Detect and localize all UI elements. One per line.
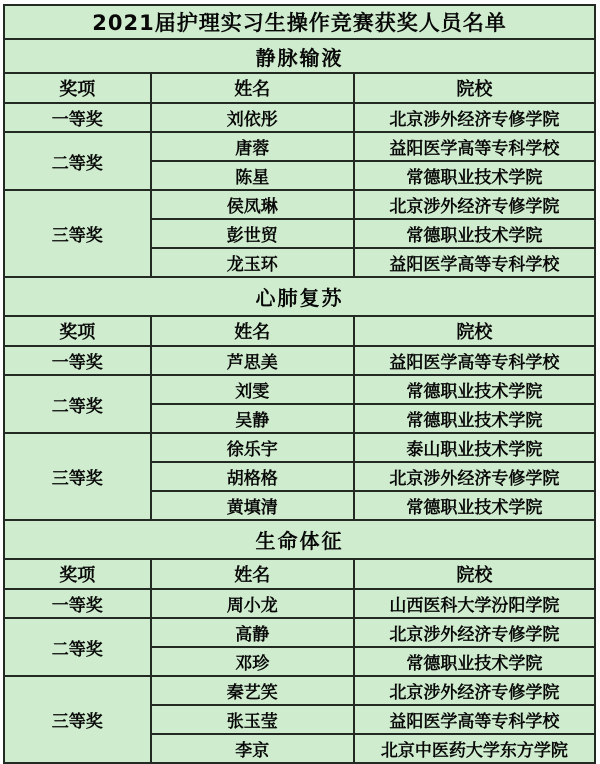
table-row: 一等奖 芦思美 益阳医学高等专科学校 — [4, 346, 595, 375]
column-header-name: 姓名 — [151, 559, 354, 589]
name-cell: 胡格格 — [151, 462, 354, 491]
section-title: 生命体征 — [4, 520, 595, 559]
award-cell: 二等奖 — [4, 132, 151, 190]
table-row: 二等奖 刘雯 常德职业技术学院 — [4, 375, 595, 404]
name-cell: 陈星 — [151, 161, 354, 190]
name-cell: 龙玉环 — [151, 248, 354, 277]
school-cell: 北京涉外经济专修学院 — [354, 676, 595, 705]
column-header-row: 奖项 姓名 院校 — [4, 559, 595, 589]
column-header-row: 奖项 姓名 院校 — [4, 73, 595, 103]
column-header-award: 奖项 — [4, 73, 151, 103]
name-cell: 高静 — [151, 618, 354, 647]
school-cell: 常德职业技术学院 — [354, 375, 595, 404]
award-cell: 三等奖 — [4, 433, 151, 520]
school-cell: 益阳医学高等专科学校 — [354, 248, 595, 277]
award-cell: 三等奖 — [4, 676, 151, 763]
name-cell: 芦思美 — [151, 346, 354, 375]
page: 2021届护理实习生操作竞赛获奖人员名单 静脉输液 奖项 姓名 院校 一等奖 刘… — [0, 0, 600, 701]
table-row: 三等奖 徐乐宇 泰山职业技术学院 — [4, 433, 595, 462]
column-header-name: 姓名 — [151, 73, 354, 103]
school-cell: 常德职业技术学院 — [354, 161, 595, 190]
section-title: 心肺复苏 — [4, 277, 595, 316]
award-cell: 二等奖 — [4, 618, 151, 676]
column-header-award: 奖项 — [4, 559, 151, 589]
table-row: 一等奖 刘依彤 北京涉外经济专修学院 — [4, 103, 595, 132]
section-header-row: 生命体征 — [4, 520, 595, 559]
award-cell: 一等奖 — [4, 589, 151, 618]
column-header-name: 姓名 — [151, 316, 354, 346]
section-header-row: 静脉输液 — [4, 39, 595, 73]
column-header-award: 奖项 — [4, 316, 151, 346]
school-cell: 常德职业技术学院 — [354, 491, 595, 520]
column-header-school: 院校 — [354, 559, 595, 589]
name-cell: 彭世贸 — [151, 219, 354, 248]
section-header-row: 心肺复苏 — [4, 277, 595, 316]
school-cell: 北京涉外经济专修学院 — [354, 103, 595, 132]
name-cell: 刘依彤 — [151, 103, 354, 132]
name-cell: 张玉莹 — [151, 705, 354, 734]
name-cell: 唐蓉 — [151, 132, 354, 161]
title-row: 2021届护理实习生操作竞赛获奖人员名单 — [4, 5, 595, 39]
table-row: 二等奖 高静 北京涉外经济专修学院 — [4, 618, 595, 647]
table-row: 一等奖 周小龙 山西医科大学汾阳学院 — [4, 589, 595, 618]
school-cell: 北京涉外经济专修学院 — [354, 462, 595, 491]
school-cell: 益阳医学高等专科学校 — [354, 132, 595, 161]
school-cell: 常德职业技术学院 — [354, 219, 595, 248]
name-cell: 侯凤琳 — [151, 190, 354, 219]
school-cell: 北京中医药大学东方学院 — [354, 734, 595, 763]
name-cell: 刘雯 — [151, 375, 354, 404]
column-header-row: 奖项 姓名 院校 — [4, 316, 595, 346]
school-cell: 益阳医学高等专科学校 — [354, 346, 595, 375]
name-cell: 周小龙 — [151, 589, 354, 618]
page-title: 2021届护理实习生操作竞赛获奖人员名单 — [4, 5, 595, 39]
school-cell: 北京涉外经济专修学院 — [354, 190, 595, 219]
school-cell: 益阳医学高等专科学校 — [354, 705, 595, 734]
school-cell: 泰山职业技术学院 — [354, 433, 595, 462]
award-cell: 一等奖 — [4, 346, 151, 375]
name-cell: 秦艺笑 — [151, 676, 354, 705]
name-cell: 徐乐宇 — [151, 433, 354, 462]
award-cell: 一等奖 — [4, 103, 151, 132]
award-cell: 二等奖 — [4, 375, 151, 433]
awards-table: 2021届护理实习生操作竞赛获奖人员名单 静脉输液 奖项 姓名 院校 一等奖 刘… — [3, 4, 596, 764]
name-cell: 李京 — [151, 734, 354, 763]
school-cell: 山西医科大学汾阳学院 — [354, 589, 595, 618]
name-cell: 吴静 — [151, 404, 354, 433]
name-cell: 邓珍 — [151, 647, 354, 676]
section-title: 静脉输液 — [4, 39, 595, 73]
school-cell: 常德职业技术学院 — [354, 647, 595, 676]
award-cell: 三等奖 — [4, 190, 151, 277]
school-cell: 北京涉外经济专修学院 — [354, 618, 595, 647]
table-row: 二等奖 唐蓉 益阳医学高等专科学校 — [4, 132, 595, 161]
table-row: 三等奖 侯凤琳 北京涉外经济专修学院 — [4, 190, 595, 219]
school-cell: 常德职业技术学院 — [354, 404, 595, 433]
column-header-school: 院校 — [354, 73, 595, 103]
column-header-school: 院校 — [354, 316, 595, 346]
name-cell: 黄填清 — [151, 491, 354, 520]
